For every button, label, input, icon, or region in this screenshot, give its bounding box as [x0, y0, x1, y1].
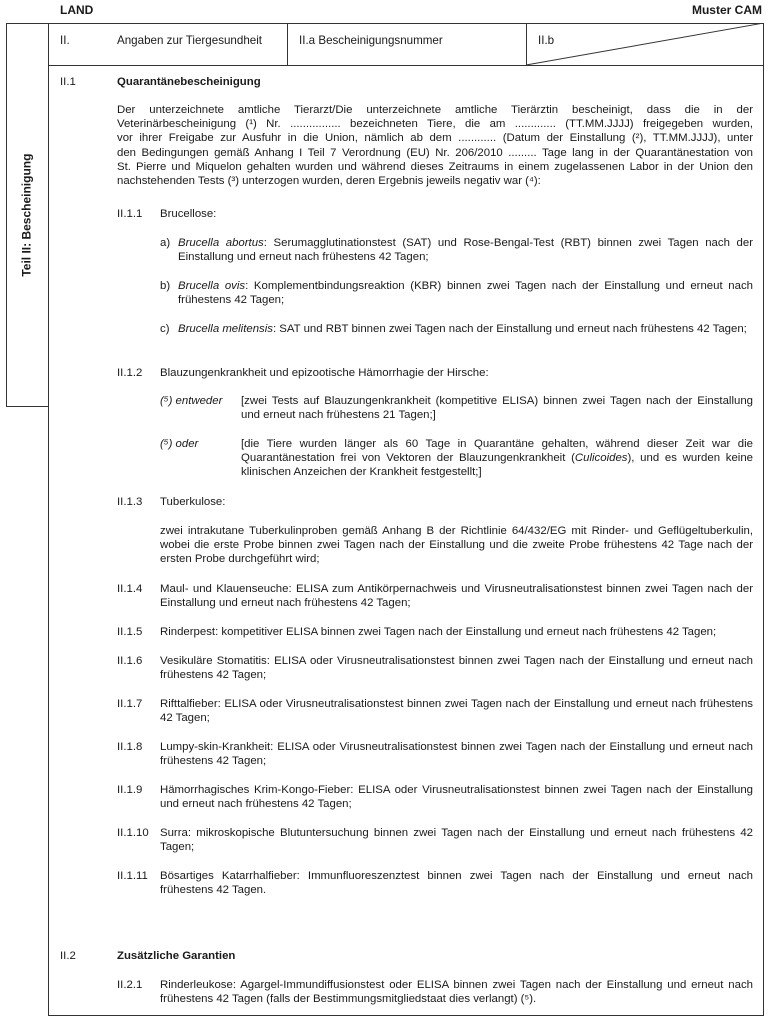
item-number: II.1.8 — [117, 740, 142, 754]
section-number: II.2 — [60, 949, 76, 963]
intro-line: St. Pierre und Miquelon gehalten wurden … — [117, 160, 753, 174]
item-text: Rifttalfieber: ELISA oder Virusneutralis… — [160, 697, 753, 725]
sub-item-text: Brucella abortus: Serumagglutinationstes… — [178, 236, 753, 264]
item-text: Hämorrhagisches Krim-Kongo-Fieber: ELISA… — [160, 783, 753, 811]
header-section-number: II. — [60, 34, 70, 48]
item-number: II.1.1 — [117, 207, 142, 221]
item-title: Brucellose: — [160, 207, 216, 221]
sub-item-letter: a) — [160, 236, 170, 250]
item-number: II.1.5 — [117, 625, 142, 639]
option-label: (⁵) oder — [160, 437, 198, 451]
sub-item-body: : SAT und RBT binnen zwei Tagen nach der… — [273, 323, 747, 335]
option-text: [die Tiere wurden länger als 60 Tage in … — [241, 437, 753, 480]
item-text: Surra: mikroskopische Blutuntersuchung b… — [160, 826, 753, 854]
model-label: Muster CAM — [692, 3, 762, 17]
item-number: II.1.2 — [117, 366, 142, 380]
item-title: Tuberkulose: — [160, 495, 225, 509]
side-label-text: Teil II: Bescheinigung — [20, 153, 34, 276]
item-number: II.1.11 — [117, 869, 148, 883]
item-number: II.1.4 — [117, 582, 142, 596]
side-label: Teil II: Bescheinigung — [6, 23, 48, 407]
sub-item-body: : Komplementbindungsreaktion (KBR) binne… — [178, 280, 753, 306]
sub-item-text: Brucella ovis: Komplementbindungsreaktio… — [178, 279, 753, 307]
vector-name: Culicoides — [575, 452, 628, 464]
intro-paragraph: Der unterzeichnete amtliche Tierarzt/Die… — [117, 103, 753, 188]
item-number: II.1.7 — [117, 697, 142, 711]
option-label-text: (⁵) entweder — [160, 395, 222, 407]
species-name: Brucella melitensis — [178, 323, 273, 335]
header-col-divider — [287, 23, 288, 65]
header-divider — [48, 65, 764, 66]
item-number: II.1.10 — [117, 826, 149, 840]
sub-item-body: : Serumagglutinationstest (SAT) und Rose… — [178, 237, 753, 263]
section-title: Quarantänebescheinigung — [117, 75, 261, 89]
item-number: II.1.9 — [117, 783, 142, 797]
sub-item-letter: b) — [160, 279, 170, 293]
crossed-out-cell — [526, 23, 764, 65]
item-text: Rinderleukose: Agargel-Immundiffusionste… — [160, 978, 753, 1006]
option-text: [zwei Tests auf Blauzungenkrankheit (kom… — [241, 394, 753, 422]
item-text: Lumpy-skin-Krankheit: ELISA oder Virusne… — [160, 740, 753, 768]
species-name: Brucella ovis — [178, 280, 245, 292]
country-label: LAND — [60, 3, 93, 17]
item-number: II.1.6 — [117, 654, 142, 668]
item-text: Bösartiges Katarrhalfieber: Immunfluores… — [160, 869, 753, 897]
item-text: zwei intrakutane Tuberkulinproben gemäß … — [160, 524, 753, 567]
intro-line: den Bedingungen gemäß Anhang I Teil 7 Ve… — [117, 146, 753, 160]
section-number: II.1 — [60, 75, 76, 89]
option-label-text: (⁵) oder — [160, 438, 198, 450]
intro-line: nachstehenden Tests (³) unterzogen wurde… — [117, 174, 753, 188]
item-text: Vesikuläre Stomatitis: ELISA oder Virusn… — [160, 654, 753, 682]
item-title: Blauzungenkrankheit und epizootische Häm… — [160, 366, 489, 380]
intro-line: vor ihrer Freigabe zur Ausfuhr in die Un… — [117, 131, 753, 145]
item-number: II.2.1 — [117, 978, 142, 992]
item-number: II.1.3 — [117, 495, 142, 509]
intro-line: Der unterzeichnete amtliche Tierarzt/Die… — [117, 103, 753, 117]
certificate-number-label: II.a Bescheinigungsnummer — [299, 34, 443, 48]
intro-line: Veterinärbescheinigung (¹) Nr. .........… — [117, 117, 753, 131]
header-section-title: Angaben zur Tiergesundheit — [117, 34, 262, 48]
option-label: (⁵) entweder — [160, 394, 222, 408]
item-text: Rinderpest: kompetitiver ELISA binnen zw… — [160, 625, 753, 639]
species-name: Brucella abortus — [178, 237, 264, 249]
item-text: Maul- und Klauenseuche: ELISA zum Antikö… — [160, 582, 753, 610]
sub-item-text: Brucella melitensis: SAT und RBT binnen … — [178, 322, 753, 336]
sub-item-letter: c) — [160, 322, 170, 336]
section-title: Zusätzliche Garantien — [117, 949, 235, 963]
